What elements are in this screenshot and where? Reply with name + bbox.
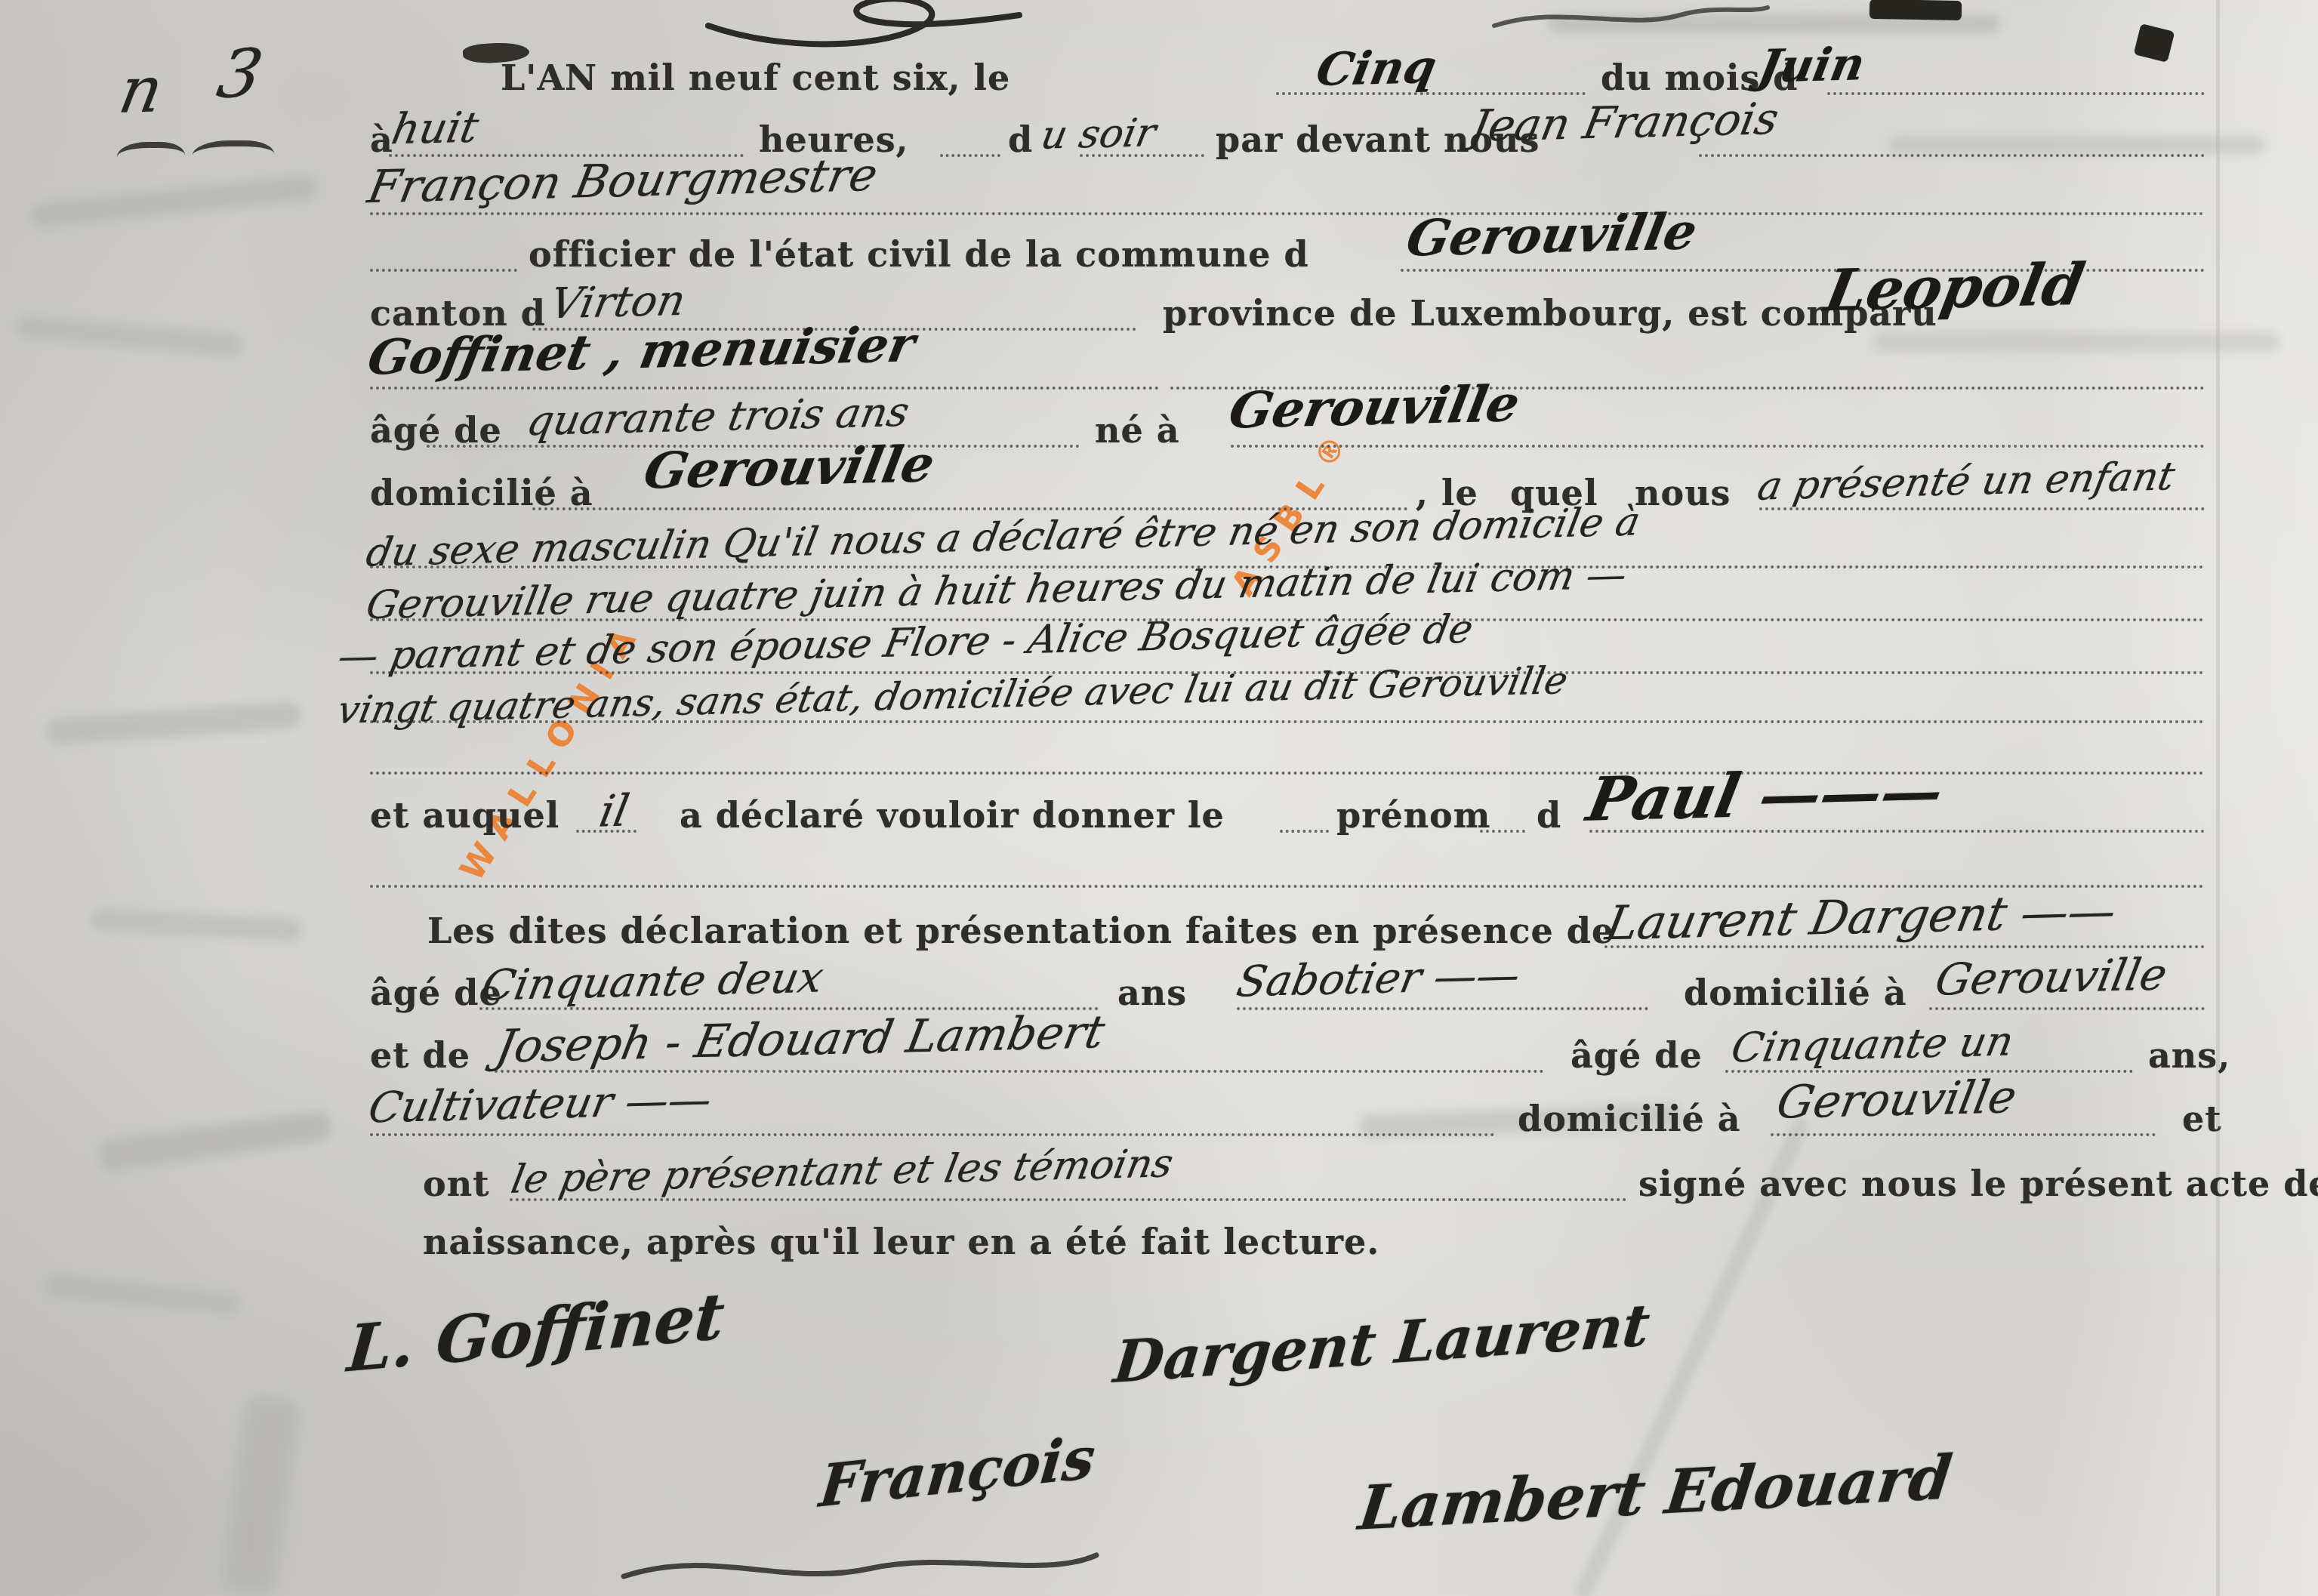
- dotted-rule: [1280, 830, 1329, 833]
- ink-mark: [2134, 23, 2175, 63]
- dotted-rule: [370, 269, 517, 272]
- dotted-rule: [370, 387, 1159, 390]
- hw-officiant-name-title: Françon Bourgmestre: [364, 149, 882, 214]
- dotted-rule: [495, 1070, 1544, 1073]
- hw-witness2-domicile: Gerouville: [1773, 1071, 2021, 1129]
- printed-ont-label: ont: [423, 1163, 489, 1204]
- page-fold-edge: [2216, 0, 2220, 1596]
- dotted-rule: [1699, 154, 2205, 157]
- hw-witness1-name: Laurent Dargent ——: [1601, 883, 2120, 951]
- bleed-through-ghost: [45, 701, 303, 746]
- printed-born-at-label: né à: [1095, 410, 1180, 451]
- printed-birth-lecture: naissance, après qu'il leur en a été fai…: [423, 1222, 1379, 1262]
- margin-underline: [193, 140, 274, 159]
- hw-presented-child: a présenté un enfant: [1754, 454, 2178, 509]
- signature-dargent-laurent: Dargent Laurent: [1111, 1291, 1653, 1396]
- bleed-through-ghost: [45, 1273, 242, 1316]
- printed-age3-label: âgé de: [1571, 1035, 1703, 1076]
- hw-canton: Virton: [546, 276, 689, 328]
- signature-goffinet: L. Goffinet: [345, 1278, 728, 1387]
- printed-year-line: L'AN mil neuf cent six, le: [501, 57, 1010, 98]
- printed-and-to-whom: et auquel: [370, 795, 559, 836]
- bleed-through-ghost: [97, 1109, 334, 1173]
- printed-d-label: d: [1008, 119, 1033, 160]
- signature-lambert-edouard: Lambert Edouard: [1355, 1441, 1956, 1544]
- previous-entry-stroke: [1491, 0, 1771, 35]
- dotted-rule: [1759, 507, 2205, 510]
- printed-firstname-label: prénom: [1336, 795, 1490, 836]
- bleed-through-ghost: [1888, 136, 2265, 154]
- hw-witness2-name: Joseph - Edouard Lambert: [492, 1006, 1108, 1074]
- printed-age-label: âgé de: [370, 410, 502, 451]
- hw-birthplace: Gerouville: [1225, 374, 1524, 439]
- dotted-rule: [1771, 1133, 2156, 1136]
- printed-d3-label: d: [1537, 795, 1561, 836]
- printed-province-label: province de Luxembourg, est comparu: [1163, 293, 1937, 334]
- margin-underline: [117, 142, 185, 160]
- printed-officer-label: officier de l'état civil de la commune d: [529, 234, 1309, 275]
- margin-number-n: n: [114, 52, 169, 127]
- hw-officiant-firstname: Jean François: [1467, 93, 1783, 152]
- dotted-rule: [1827, 92, 2205, 95]
- dotted-rule: [510, 1198, 1627, 1201]
- hw-witness1-profession: Sabotier ——: [1233, 951, 1524, 1006]
- bleed-through-ghost: [90, 908, 302, 942]
- printed-ans2-label: ans,: [2148, 1035, 2230, 1076]
- printed-et2-label: et: [2182, 1098, 2222, 1139]
- dotted-rule: [1231, 445, 2205, 448]
- printed-and-of-label: et de: [370, 1035, 470, 1076]
- hw-day: Cinq: [1312, 41, 1441, 97]
- printed-witness-intro: Les dites déclaration et présentation fa…: [427, 910, 1614, 951]
- hw-witness1-domicile: Gerouville: [1931, 948, 2172, 1005]
- printed-declared-give: a déclaré vouloir donner le: [680, 795, 1225, 836]
- dotted-rule: [370, 212, 2205, 215]
- hw-ont-clause: le père présentant et les témoins: [507, 1141, 1176, 1202]
- hw-witness2-age: Cinquante un: [1728, 1017, 2017, 1071]
- bleed-through-ghost: [14, 315, 242, 357]
- margin-number-value: 3: [211, 34, 269, 112]
- signature-francois: François: [816, 1423, 1098, 1521]
- corner-smudge: [220, 1394, 301, 1595]
- printed-domiciled3-label: domicilié à: [1518, 1098, 1741, 1139]
- ink-mark: [1870, 0, 1962, 20]
- hw-commune: Gerouville: [1402, 202, 1702, 267]
- dotted-rule: [370, 1133, 1495, 1136]
- dotted-rule: [1929, 1007, 2205, 1010]
- hw-domicile: Gerouville: [640, 434, 939, 500]
- printed-signed-with-us: signé avec nous le présent acte de: [1638, 1163, 2318, 1204]
- hw-witness1-age: Cinquante deux: [478, 954, 828, 1011]
- printed-domiciled2-label: domicilié à: [1684, 972, 1907, 1013]
- hw-witness2-profession: Cultivateur ——: [365, 1076, 716, 1133]
- hw-comparant-firstname: Leopold: [1820, 251, 2090, 324]
- dotted-rule: [1237, 1007, 1648, 1010]
- printed-ans1-label: ans: [1117, 972, 1187, 1013]
- dotted-rule: [940, 154, 1000, 157]
- hw-child-firstname: Paul ———: [1582, 755, 1949, 834]
- hw-time-of-day: u soir: [1037, 110, 1160, 159]
- signature-flourish: [619, 1540, 1102, 1593]
- birth-record-scan: WALLONIA ASBL ® n 3 L'AN mil neuf cent s…: [0, 0, 2318, 1596]
- previous-entry-flourish: [702, 0, 1027, 53]
- hw-month: Juin: [1754, 38, 1869, 93]
- printed-domiciled-label: domicilié à: [370, 473, 593, 513]
- bleed-through-ghost: [29, 174, 317, 230]
- hw-hour: huit: [388, 103, 482, 155]
- printed-nous-label: nous: [1635, 473, 1731, 513]
